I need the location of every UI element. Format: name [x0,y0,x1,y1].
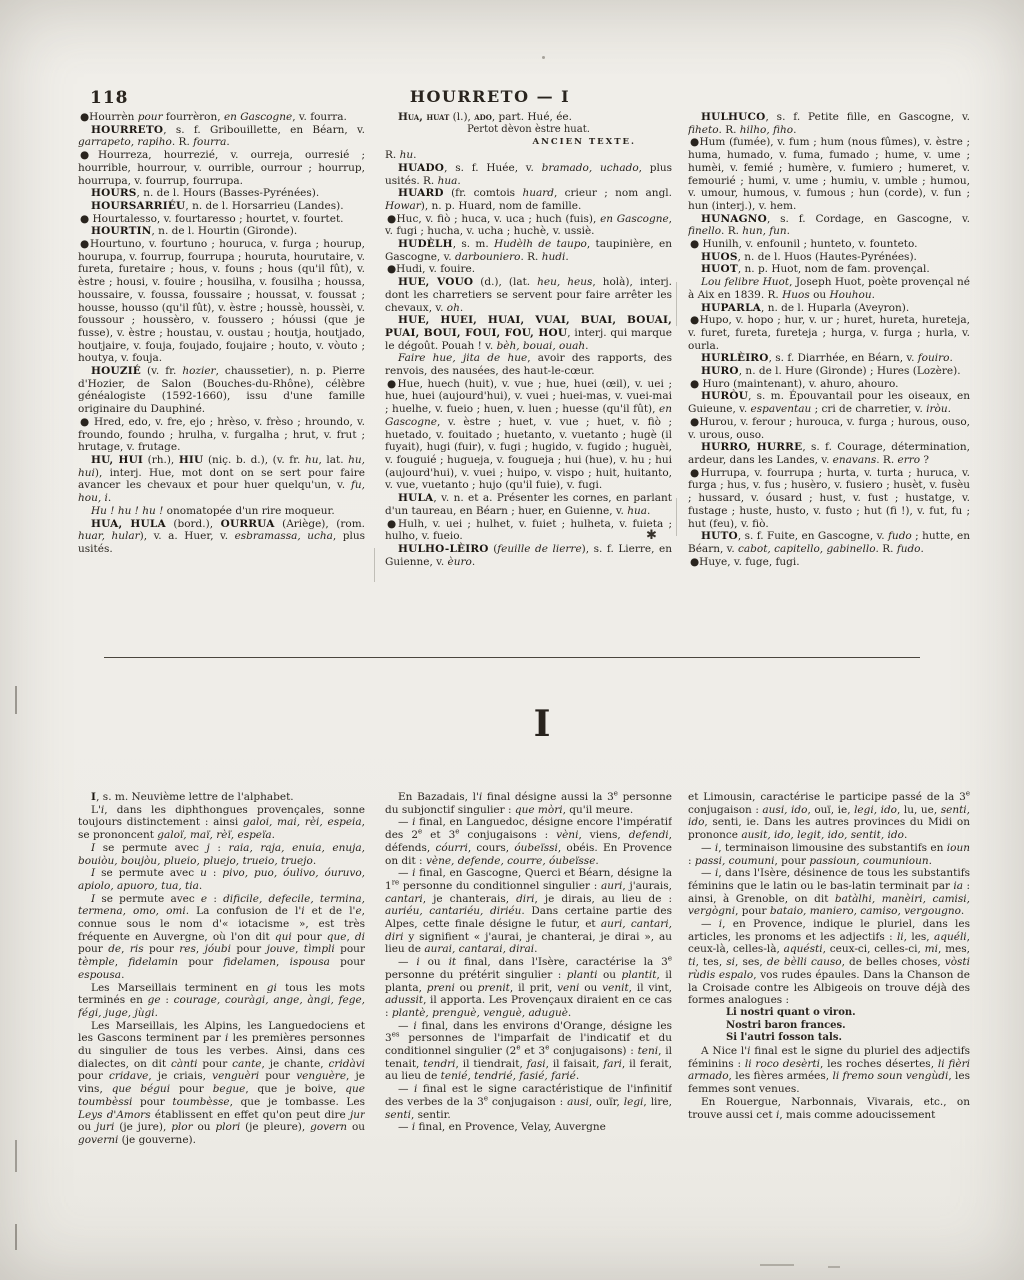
paragraph: ●Hurrupa, v. fourrupa ; hurta, v. turta … [688,467,970,531]
paragraph: HURRO, HURRE, s. f. Courage, déterminati… [688,441,970,466]
paragraph: R. hu. [385,149,672,162]
paragraph: HURLÈIRO, s. f. Diarrhée, en Béarn, v. f… [688,352,970,365]
paragraph: Les Marseillais, les Alpins, les Langued… [78,1020,365,1147]
paragraph: HURÒU, s. m. Épouvantail pour les oiseau… [688,390,970,415]
paragraph: Lou felibre Huot, Joseph Huot, poète pro… [688,276,970,301]
paragraph: ●Hum (fumée), v. fum ; hum (nous fûmes),… [688,136,970,212]
letter-section-heading: I [60,702,1024,746]
section-divider-rule [104,657,920,658]
paragraph: ● Hunilh, v. enfounil ; hunteto, v. foun… [688,238,970,251]
paragraph: Faire hue, jita de hue, avoir des rappor… [385,352,672,377]
scan-dash-mark [828,1266,840,1268]
paragraph: Hu ! hu ! hu ! onomatopée d'un rire moqu… [78,505,365,518]
paragraph: I se permute avec j : raia, raja, enuia,… [78,842,365,867]
paragraph: HU, HUI (rh.), HIU (niç. b. d.), (v. fr.… [78,454,365,505]
paragraph: HUADO, s. f. Huée, v. bramado, uchado, p… [385,162,672,187]
paragraph: HUA, HULA (bord.), OURRUA (Ariège), (rom… [78,518,365,556]
paragraph: ●Hourtuno, v. fourtuno ; houruca, v. fur… [78,238,365,365]
bottom-column-1: I, s. m. Neuvième lettre de l'alphabet.L… [78,791,365,1235]
column-rule-remnant [676,282,677,326]
paragraph: Hua, huat (l.), ado, part. Hué, ée. [385,111,672,124]
scan-margin-mark [15,1224,17,1250]
paragraph: ● Hred, edo, v. fre, ejo ; hrèso, v. frè… [78,416,365,454]
paragraph: — i ou it final, dans l'Isère, caractéri… [385,956,672,1020]
scan-margin-mark [15,1140,17,1172]
paragraph: HOURTIN, n. de l. Hourtin (Gironde). [78,225,365,238]
bottom-column-3: et Limousin, caractérise le participe pa… [688,791,970,1235]
paragraph: — i, dans l'Isère, désinence de tous les… [688,867,970,918]
paragraph: I se permute avec e : dificile, defecile… [78,893,365,982]
paragraph: HUDÈLH, s. m. Hudèlh de taupo, taupinièr… [385,238,672,263]
paragraph: — i final, en Provence, Velay, Auvergne [385,1121,672,1134]
paragraph: — i, en Provence, indique le pluriel, da… [688,918,970,1007]
paragraph: ●Hupo, v. hopo ; hur, v. ur ; huret, hur… [688,314,970,352]
paragraph: HUOT, n. p. Huot, nom de fam. provençal. [688,263,970,276]
paragraph: — i final, en Languedoc, désigne encore … [385,816,672,867]
paragraph: HULHUCO, s. f. Petite fille, en Gascogne… [688,111,970,136]
paragraph: En Bazadais, l'i final désigne aussi la … [385,791,672,816]
paragraph: ●Hourreza, hourrezié, v. ourreja, ourres… [78,149,365,187]
paragraph: — i final, en Gascogne, Querci et Béarn,… [385,867,672,956]
column-rule-remnant [374,548,375,582]
scan-margin-mark [15,686,17,714]
paragraph: ● Huro (maintenant), v. ahuro, ahouro. [688,378,970,391]
paragraph: I se permute avec u : pivo, puo, óulivo,… [78,867,365,892]
paragraph: HUE, HUEI, HUAI, VUAI, BUAI, BOUAI, PUAI… [385,314,672,352]
paragraph: HOURSARRIÉU, n. de l. Horsarrieu (Landes… [78,200,365,213]
paragraph: ●Hurou, v. ferour ; hurouca, v. furga ; … [688,416,970,441]
paragraph: L'i, dans les diphthongues provençales, … [78,804,365,842]
top-column-1: ●Hourrèn pour fourrèron, en Gascogne, v.… [78,111,365,658]
paragraph: HUE, VOUO (d.), (lat. heu, heus, holà), … [385,276,672,314]
paragraph: En Rouergue, Narbonnais, Vivarais, etc.,… [688,1096,970,1121]
top-column-3: HULHUCO, s. f. Petite fille, en Gascogne… [688,111,970,658]
scan-dash-mark [760,1264,794,1266]
paragraph: HOURRETO, s. f. Gribouillette, en Béarn,… [78,124,365,149]
paragraph: ●Hulh, v. uei ; hulhet, v. fuiet ; hulhe… [385,518,672,543]
paragraph: ●Hourrèn pour fourrèron, en Gascogne, v.… [78,111,365,124]
paragraph: HOUZIÉ (v. fr. hozier, chaussetier), n. … [78,365,365,416]
margin-asterisk: ✱ [646,528,657,543]
paragraph: — i final est le signe caractéristique d… [385,1083,672,1121]
paragraph: HUNAGNO, s. f. Cordage, en Gascogne, v. … [688,213,970,238]
paragraph: HOURS, n. de l. Hours (Basses-Pyrénées). [78,187,365,200]
bottom-column-2: En Bazadais, l'i final désigne aussi la … [385,791,672,1235]
paragraph: A Nice l'i final est le signe du pluriel… [688,1045,970,1096]
paragraph: ANCIEN TEXTE. [385,136,672,149]
paragraph: ●Hudi, v. fouire. [385,263,672,276]
column-rule-remnant [676,498,677,536]
paragraph: HUTO, s. f. Fuite, en Gascogne, v. fudo … [688,530,970,555]
running-header: HOURRETO — I [0,87,980,106]
paragraph: — i final, dans les environs d'Orange, d… [385,1020,672,1084]
paragraph: HUARD (fr. comtois huard, crieur ; nom a… [385,187,672,212]
paragraph: ● Hourtalesso, v. fourtaresso ; hourtet,… [78,213,365,226]
paragraph: HULA, v. n. et a. Présenter les cornes, … [385,492,672,517]
paragraph: ●Huc, v. fiò ; huca, v. uca ; huch (fuis… [385,213,672,238]
top-column-2: Hua, huat (l.), ado, part. Hué, ée.Perto… [385,111,672,658]
paragraph: HURO, n. de l. Hure (Gironde) ; Hures (L… [688,365,970,378]
paragraph: et Limousin, caractérise le participe pa… [688,791,970,842]
paragraph: I, s. m. Neuvième lettre de l'alphabet. [78,791,365,804]
paragraph: Pertot dèvon èstre huat. [385,124,672,137]
paragraph: ●Huye, v. fuge, fugi. [688,556,970,569]
paragraph: HULHO-LÈIRO (feuille de lierre), s. f. L… [385,543,672,568]
scan-speck [542,56,545,59]
paragraph: HUOS, n. de l. Huos (Hautes-Pyrénées). [688,251,970,264]
paragraph: ●Hue, huech (huit), v. vue ; hue, huei (… [385,378,672,492]
paragraph: — i, terminaison limousine des substanti… [688,842,970,867]
paragraph: Li nostri quant o viron.Nostri baron fra… [726,1007,970,1045]
paragraph: HUPARLA, n. de l. Huparla (Aveyron). [688,302,970,315]
paragraph: Les Marseillais terminent en gi tous les… [78,982,365,1020]
